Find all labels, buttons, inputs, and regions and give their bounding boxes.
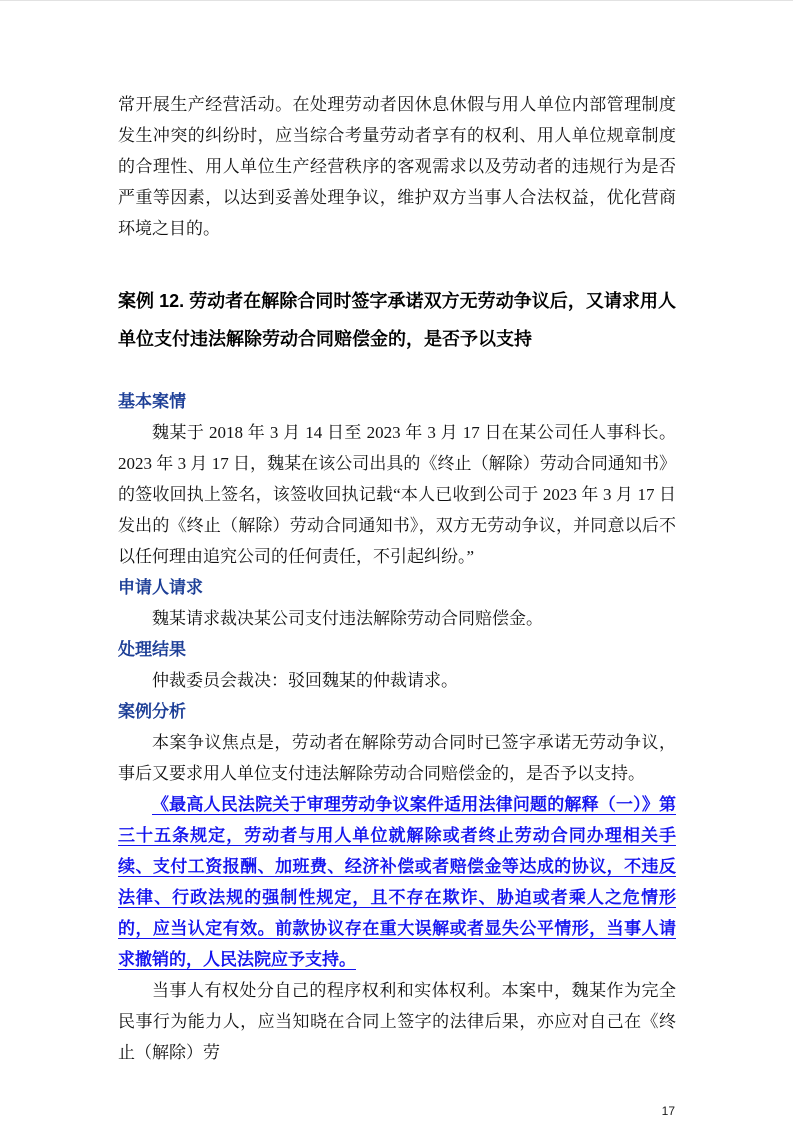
- case-title: 案例 12. 劳动者在解除合同时签字承诺双方无劳动争议后，又请求用人单位支付违法…: [118, 282, 676, 358]
- basic-facts-paragraph: 魏某于 2018 年 3 月 14 日至 2023 年 3 月 17 日在某公司…: [118, 417, 676, 572]
- continuation-paragraph: 常开展生产经营活动。在处理劳动者因休息休假与用人单位内部管理制度发生冲突的纠纷时…: [118, 89, 676, 244]
- section-heading-analysis: 案例分析: [118, 696, 676, 727]
- conclusion-paragraph: 当事人有权处分自己的程序权利和实体权利。本案中，魏某作为完全民事行为能力人，应当…: [118, 975, 676, 1068]
- claimant-request-paragraph: 魏某请求裁决某公司支付违法解除劳动合同赔偿金。: [118, 603, 676, 634]
- section-heading-basic-facts: 基本案情: [118, 386, 676, 417]
- section-heading-result: 处理结果: [118, 634, 676, 665]
- legal-citation-text: 《最高人民法院关于审理劳动争议案件适用法律问题的解释（一）》第三十五条规定，劳动…: [118, 789, 676, 975]
- document-page: 常开展生产经营活动。在处理劳动者因休息休假与用人单位内部管理制度发生冲突的纠纷时…: [0, 0, 793, 1122]
- page-number: 17: [662, 1104, 675, 1118]
- section-heading-claimant-request: 申请人请求: [118, 572, 676, 603]
- document-content: 常开展生产经营活动。在处理劳动者因休息休假与用人单位内部管理制度发生冲突的纠纷时…: [118, 89, 676, 1068]
- analysis-focus-paragraph: 本案争议焦点是，劳动者在解除劳动合同时已签字承诺无劳动争议，事后又要求用人单位支…: [118, 727, 676, 789]
- result-paragraph: 仲裁委员会裁决：驳回魏某的仲裁请求。: [118, 665, 676, 696]
